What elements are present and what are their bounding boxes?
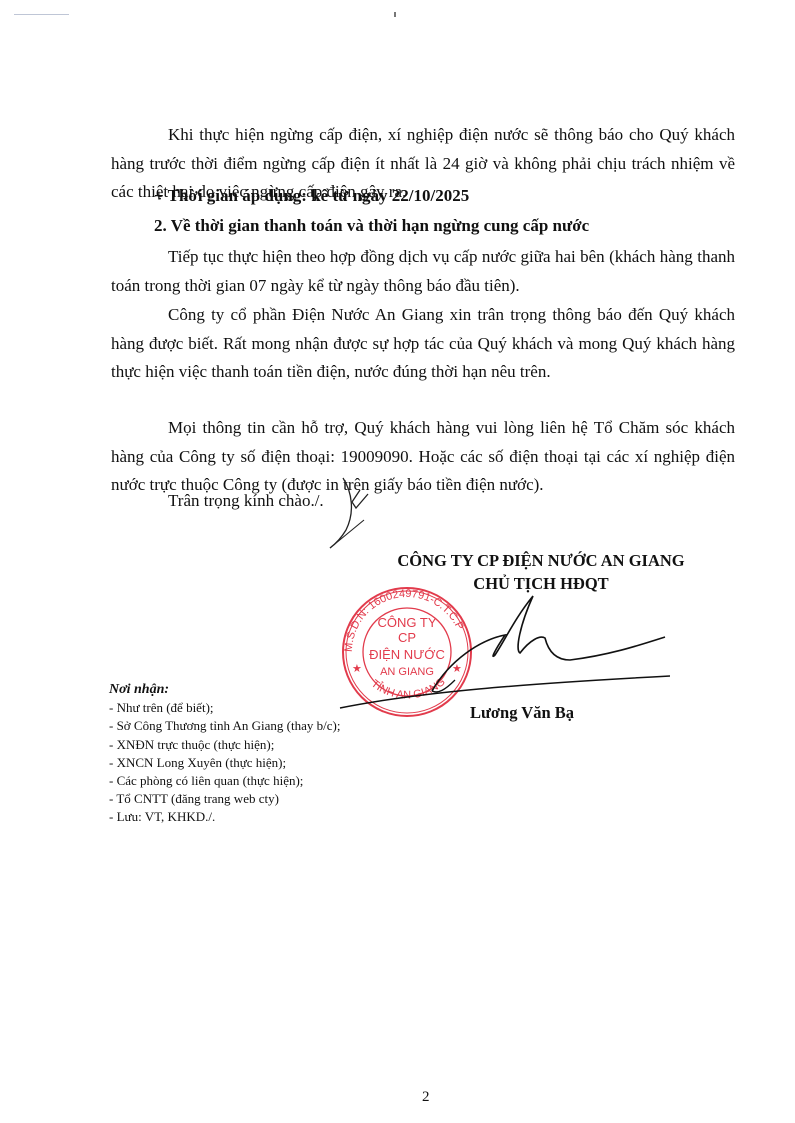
signature-scrawl [0,0,795,1123]
document-page: Khi thực hiện ngừng cấp điện, xí nghiệp … [0,0,795,1123]
